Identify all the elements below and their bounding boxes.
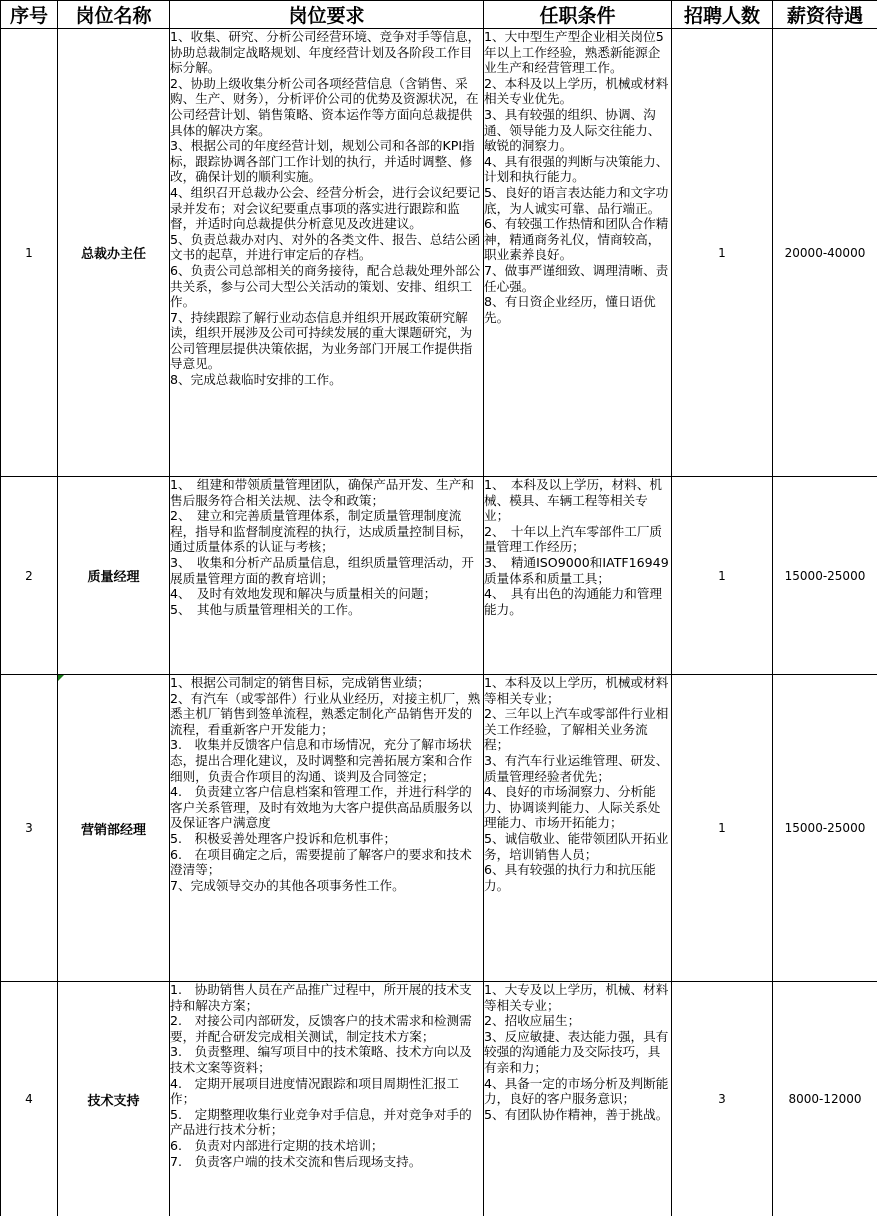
header-qualifications[interactable]: 任职条件	[484, 1, 672, 29]
salary-cell[interactable]: 20000-40000	[773, 29, 877, 477]
job-requirements-cell[interactable]: 1. 协助销售人员在产品推广过程中，所开展的技术支持和解决方案；2. 对接公司内…	[170, 982, 484, 1216]
requirement-item: 8、完成总裁临时安排的工作。	[170, 372, 483, 388]
qualification-item: 1、 本科及以上学历，材料、机械、模具、车辆工程等相关专业；	[484, 477, 671, 524]
qualification-item: 6、具有较强的执行力和抗压能力。	[484, 862, 671, 893]
qualification-item: 6、有较强工作热情和团队合作精神，精通商务礼仪，情商较高，职业素养良好。	[484, 216, 671, 263]
qualifications-cell[interactable]: 1、大专及以上学历，机械、材料等相关专业；2、招收应届生；3、反应敏捷、表达能力…	[484, 982, 672, 1216]
header-position-name[interactable]: 岗位名称	[58, 1, 170, 29]
requirement-item: 1、根据公司制定的销售目标，完成销售业绩；	[170, 675, 483, 691]
requirement-item: 6. 负责对内部进行定期的技术培训；	[170, 1138, 483, 1154]
job-postings-table: 序号 岗位名称 岗位要求 任职条件 招聘人数 薪资待遇 1 总裁办主任 1、收集…	[0, 0, 877, 1216]
requirement-item: 2. 对接公司内部研发，反馈客户的技术需求和检测需要，并配合研发完成相关测试，制…	[170, 1013, 483, 1044]
salary-cell[interactable]: 15000-25000	[773, 675, 877, 982]
qualification-item: 2、招收应届生；	[484, 1013, 671, 1029]
table-row: 3 营销部经理 1、根据公司制定的销售目标，完成销售业绩；2、有汽车（或零部件）…	[1, 675, 877, 982]
serial-no-cell[interactable]: 1	[1, 29, 58, 477]
requirement-item: 2、协助上级收集分析公司各项经营信息（含销售、采购、生产、财务），分析评价公司的…	[170, 76, 483, 138]
headcount-cell[interactable]: 1	[672, 29, 773, 477]
position-name-cell[interactable]: 总裁办主任	[58, 29, 170, 477]
headcount-cell[interactable]: 1	[672, 675, 773, 982]
qualification-item: 5、有团队协作精神，善于挑战。	[484, 1107, 671, 1123]
qualifications-cell[interactable]: 1、大中型生产型企业相关岗位5年以上工作经验，熟悉新能源企业生产和经营管理工作。…	[484, 29, 672, 477]
requirement-item: 5、 其他与质量管理相关的工作。	[170, 602, 483, 618]
qualification-item: 4、具备一定的市场分析及判断能力，良好的客户服务意识；	[484, 1076, 671, 1107]
requirement-item: 7. 负责客户端的技术交流和售后现场支持。	[170, 1154, 483, 1170]
qualification-item: 3、具有较强的组织、协调、沟通、领导能力及人际交往能力、敏锐的洞察力。	[484, 107, 671, 154]
table-row: 2 质量经理 1、 组建和带领质量管理团队，确保产品开发、生产和售后服务符合相关…	[1, 477, 877, 675]
qualification-item: 5、诚信敬业、能带领团队开拓业务，培训销售人员；	[484, 831, 671, 862]
requirement-item: 7、持续跟踪了解行业动态信息并组织开展政策研究解读，组织开展涉及公司可持续发展的…	[170, 310, 483, 372]
requirement-item: 1、 组建和带领质量管理团队，确保产品开发、生产和售后服务符合相关法规、法令和政…	[170, 477, 483, 508]
requirement-item: 4. 定期开展项目进度情况跟踪和项目周期性汇报工作；	[170, 1076, 483, 1107]
qualification-item: 7、做事严谨细致、调理清晰、责任心强。	[484, 263, 671, 294]
position-name-cell[interactable]: 营销部经理	[58, 675, 170, 982]
qualification-item: 3、有汽车行业运维管理、研发、质量管理经验者优先；	[484, 753, 671, 784]
header-job-requirements[interactable]: 岗位要求	[170, 1, 484, 29]
qualification-item: 1、大中型生产型企业相关岗位5年以上工作经验，熟悉新能源企业生产和经营管理工作。	[484, 29, 671, 76]
requirement-item: 6、负责公司总部相关的商务接待，配合总裁处理外部公共关系，参与公司大型公关活动的…	[170, 263, 483, 310]
requirement-item: 6. 在项目确定之后，需要提前了解客户的要求和技术澄清等；	[170, 847, 483, 878]
requirement-item: 2、有汽车（或零部件）行业从业经历，对接主机厂，熟悉主机厂销售到签单流程，熟悉定…	[170, 691, 483, 738]
qualification-item: 4、具有很强的判断与决策能力、计划和执行能力。	[484, 154, 671, 185]
job-requirements-cell[interactable]: 1、收集、研究、分析公司经营环境、竞争对手等信息，协助总裁制定战略规划、年度经营…	[170, 29, 484, 477]
table-row: 1 总裁办主任 1、收集、研究、分析公司经营环境、竞争对手等信息，协助总裁制定战…	[1, 29, 877, 477]
requirement-item: 5、负责总裁办对内、对外的各类文件、报告、总结公函文书的起草，并进行审定后的存档…	[170, 232, 483, 263]
requirement-item: 3、 收集和分析产品质量信息，组织质量管理活动，开展质量管理方面的教育培训；	[170, 555, 483, 586]
serial-no-cell[interactable]: 2	[1, 477, 58, 675]
headcount-cell[interactable]: 1	[672, 477, 773, 675]
header-salary[interactable]: 薪资待遇	[773, 1, 877, 29]
serial-no-cell[interactable]: 3	[1, 675, 58, 982]
qualification-item: 2、三年以上汽车或零部件行业相关工作经验，了解相关业务流程；	[484, 706, 671, 753]
qualification-item: 1、本科及以上学历，机械或材料等相关专业；	[484, 675, 671, 706]
qualification-item: 4、良好的市场洞察力、分析能力、协调谈判能力、人际关系处理能力、市场开拓能力；	[484, 784, 671, 831]
requirement-item: 1. 协助销售人员在产品推广过程中，所开展的技术支持和解决方案；	[170, 982, 483, 1013]
qualification-item: 3、反应敏捷、表达能力强，具有较强的沟通能力及交际技巧，具有亲和力；	[484, 1029, 671, 1076]
requirement-item: 4、 及时有效地发现和解决与质量相关的问题；	[170, 586, 483, 602]
qualification-item: 5、良好的语言表达能力和文字功底，为人诚实可靠、品行端正。	[484, 185, 671, 216]
qualifications-cell[interactable]: 1、 本科及以上学历，材料、机械、模具、车辆工程等相关专业；2、 十年以上汽车零…	[484, 477, 672, 675]
job-requirements-cell[interactable]: 1、 组建和带领质量管理团队，确保产品开发、生产和售后服务符合相关法规、法令和政…	[170, 477, 484, 675]
qualification-item: 3、 精通ISO9000和IATF16949质量体系和质量工具；	[484, 555, 671, 586]
qualification-item: 8、有日资企业经历，懂日语优先。	[484, 294, 671, 325]
requirement-item: 1、收集、研究、分析公司经营环境、竞争对手等信息，协助总裁制定战略规划、年度经营…	[170, 29, 483, 76]
position-name-cell[interactable]: 技术支持	[58, 982, 170, 1216]
requirement-item: 5. 定期整理收集行业竞争对手信息，并对竞争对手的产品进行技术分析；	[170, 1107, 483, 1138]
requirement-item: 3. 收集并反馈客户信息和市场情况，充分了解市场状态，提出合理化建议，及时调整和…	[170, 737, 483, 784]
job-requirements-cell[interactable]: 1、根据公司制定的销售目标，完成销售业绩；2、有汽车（或零部件）行业从业经历，对…	[170, 675, 484, 982]
header-serial-no[interactable]: 序号	[1, 1, 58, 29]
requirement-item: 3. 负责整理、编写项目中的技术策略、技术方向以及技术文案等资料；	[170, 1044, 483, 1075]
requirement-item: 3、根据公司的年度经营计划，规划公司和各部的KPI指标，跟踪协调各部门工作计划的…	[170, 138, 483, 185]
salary-cell[interactable]: 8000-12000	[773, 982, 877, 1216]
requirement-item: 4. 负责建立客户信息档案和管理工作，并进行科学的客户关系管理，及时有效地为大客…	[170, 784, 483, 831]
position-name-cell[interactable]: 质量经理	[58, 477, 170, 675]
qualification-item: 2、 十年以上汽车零部件工厂质量管理工作经历；	[484, 524, 671, 555]
header-row: 序号 岗位名称 岗位要求 任职条件 招聘人数 薪资待遇	[1, 1, 877, 29]
requirement-item: 7、完成领导交办的其他各项事务性工作。	[170, 878, 483, 894]
qualifications-cell[interactable]: 1、本科及以上学历，机械或材料等相关专业；2、三年以上汽车或零部件行业相关工作经…	[484, 675, 672, 982]
requirement-item: 4、组织召开总裁办公会、经营分析会，进行会议纪要记录并发布；对会议纪要重点事项的…	[170, 185, 483, 232]
headcount-cell[interactable]: 3	[672, 982, 773, 1216]
requirement-item: 5. 积极妥善处理客户投诉和危机事件；	[170, 831, 483, 847]
salary-cell[interactable]: 15000-25000	[773, 477, 877, 675]
qualification-item: 4、 具有出色的沟通能力和管理能力。	[484, 586, 671, 617]
requirement-item: 2、 建立和完善质量管理体系，制定质量管理制度流程，指导和监督制度流程的执行，达…	[170, 508, 483, 555]
qualification-item: 1、大专及以上学历，机械、材料等相关专业；	[484, 982, 671, 1013]
table-row: 4 技术支持 1. 协助销售人员在产品推广过程中，所开展的技术支持和解决方案；2…	[1, 982, 877, 1216]
qualification-item: 2、本科及以上学历，机械或材料相关专业优先。	[484, 76, 671, 107]
serial-no-cell[interactable]: 4	[1, 982, 58, 1216]
header-headcount[interactable]: 招聘人数	[672, 1, 773, 29]
